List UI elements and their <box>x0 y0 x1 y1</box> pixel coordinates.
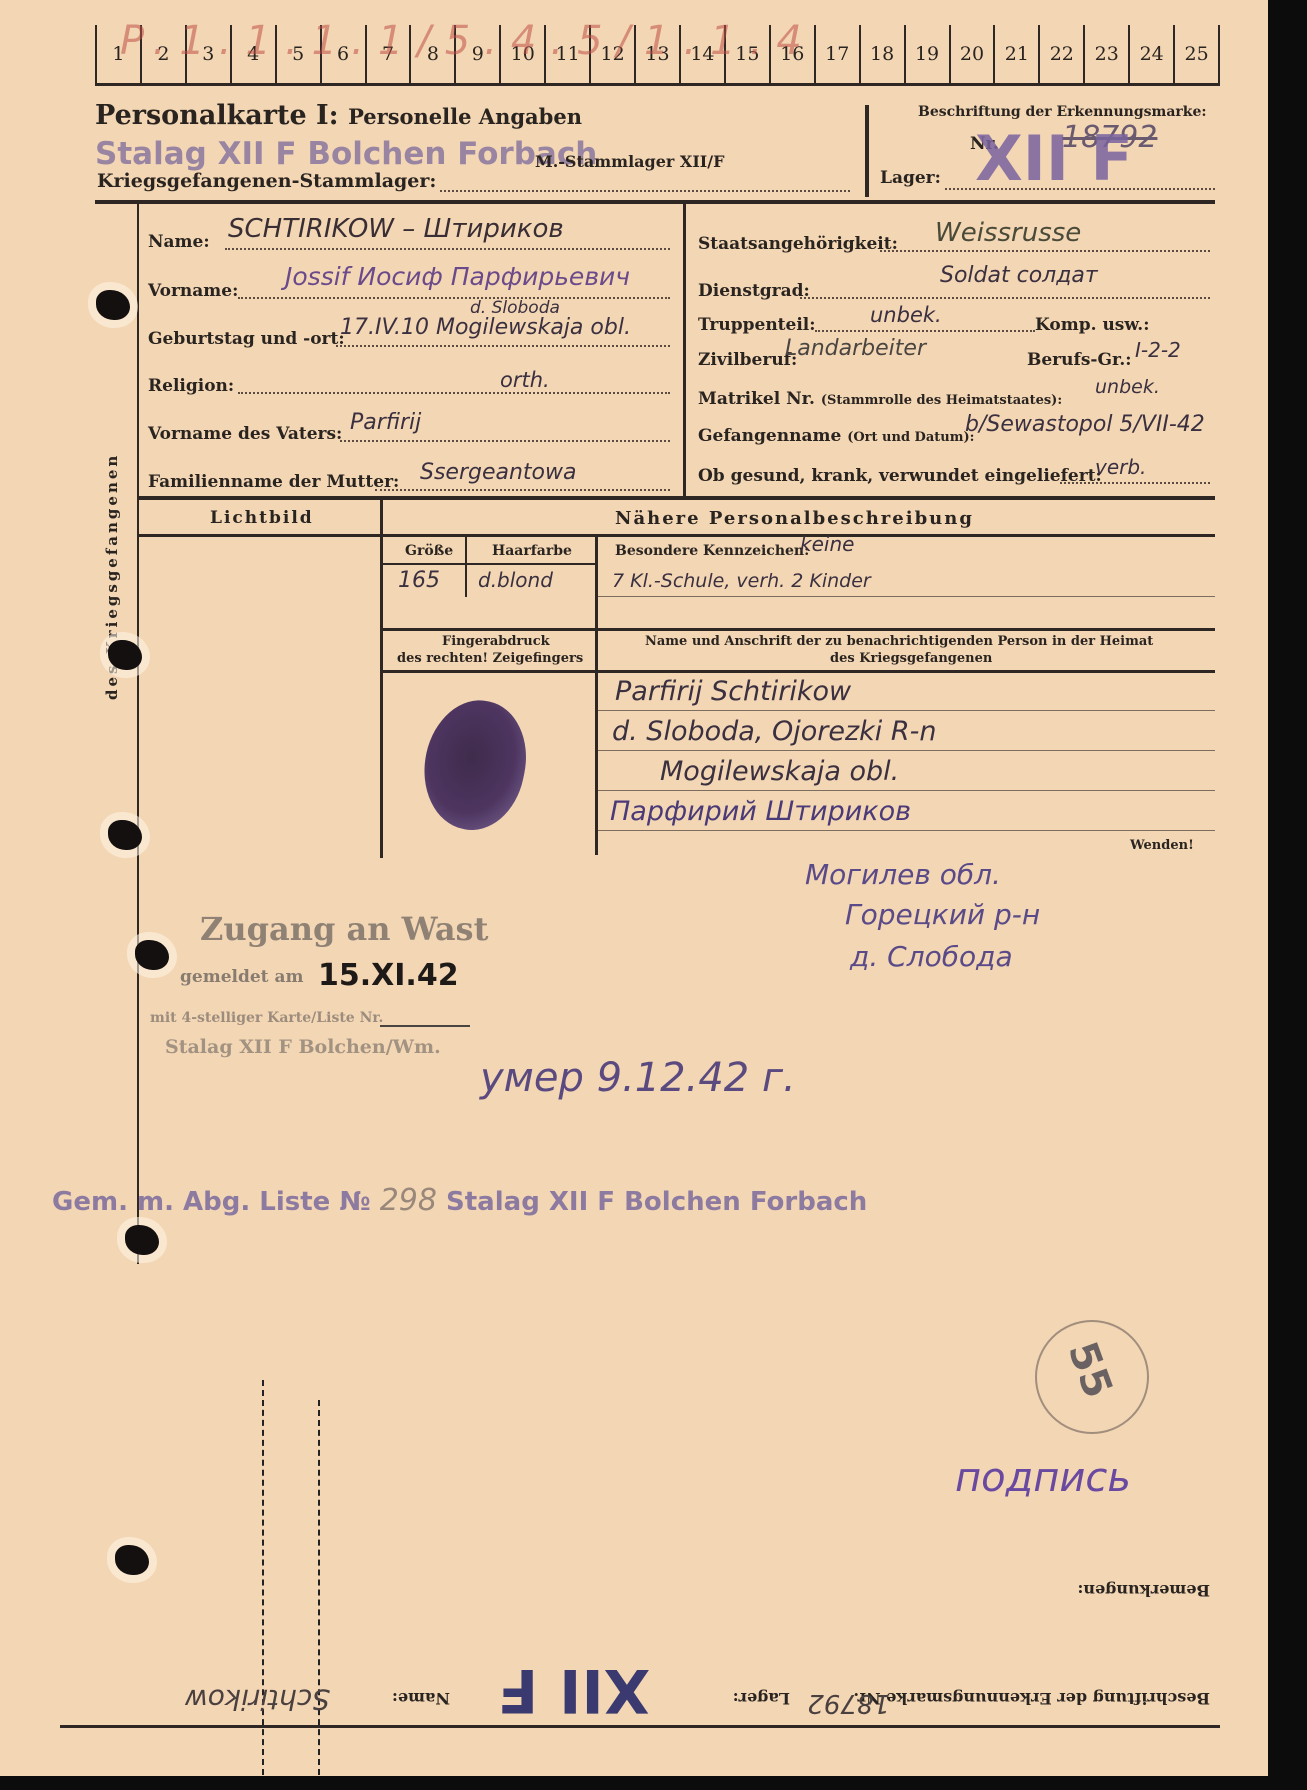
contact-rule <box>598 710 1215 711</box>
contact-line: Parfirij Schtirikow <box>615 676 851 707</box>
bottom-rule <box>60 1725 1220 1728</box>
komp-label: Komp. usw.: <box>1035 315 1150 335</box>
stalag-stamp: Stalag XII F Bolchen Forbach <box>95 136 597 172</box>
fingerprint-underline <box>383 670 1215 673</box>
name-label: Name: <box>148 232 210 252</box>
zugang-title: Zugang an Wast <box>200 910 488 948</box>
liste-suffix: Stalag XII F Bolchen Forbach <box>446 1187 867 1217</box>
russian-note-line: д. Слобода <box>850 940 1013 973</box>
geburt-label: Geburtstag und -ort: <box>148 329 345 349</box>
finger-label-2: des rechten! Zeigefingers <box>397 651 583 666</box>
description-title: Nähere Personalbeschreibung <box>615 508 974 529</box>
card-title: Personalkarte I: Personelle Angaben <box>95 100 582 131</box>
number-cell: 23 <box>1083 25 1128 83</box>
abgang-liste-stamp: Gem. m. Abg. Liste № 298 Stalag XII F Bo… <box>52 1183 867 1218</box>
truppenteil-label: Truppenteil: <box>698 315 816 335</box>
gemeldet-value: 15.XI.42 <box>318 958 459 993</box>
column-divider <box>683 204 686 496</box>
contact-rule <box>598 750 1215 751</box>
bemerkungen-label: Bemerkungen: <box>1078 1581 1211 1600</box>
groesse-label: Größe <box>405 543 453 559</box>
berufsgr-label: Berufs-Gr.: <box>1027 350 1132 370</box>
number-cell: 22 <box>1038 25 1083 83</box>
dienstgrad-dots <box>800 297 1210 299</box>
bottom-erkennung-label: Beschriftung der Erkennungsmarke Nr. <box>853 1689 1210 1708</box>
liste-number: 298 <box>380 1183 437 1218</box>
lager-stamp: XII F <box>975 122 1133 195</box>
bottom-lager-label: Lager: <box>733 1689 790 1708</box>
contact-line: Парфирий Штириков <box>610 796 911 827</box>
mutter-label: Familienname der Mutter: <box>148 472 399 492</box>
gefangen-label: Gefangenname (Ort und Datum): <box>698 426 974 446</box>
header-bottom-rule <box>95 200 1215 204</box>
religion-dots <box>238 392 670 394</box>
matrikel-note: (Stammrolle des Heimatstaates): <box>821 393 1062 408</box>
scan-edge-right <box>1268 0 1307 1790</box>
stammlager-value: M.-Stammlager XII/F <box>535 152 725 171</box>
circle-stamp: 55 <box>1035 1320 1149 1434</box>
vater-label: Vorname des Vaters: <box>148 424 342 444</box>
kennzeichen-underline <box>598 596 1215 597</box>
haarfarbe-label: Haarfarbe <box>492 543 572 559</box>
contact-label-1: Name und Anschrift der zu benachrichtige… <box>645 634 1153 649</box>
gefangen-note: (Ort und Datum): <box>847 430 974 445</box>
gefangen-label-text: Gefangenname <box>698 426 841 446</box>
subtitle-text: Personelle Angaben <box>348 104 582 129</box>
geburt-dots <box>336 345 670 347</box>
dienstgrad-label: Dienstgrad: <box>698 281 810 301</box>
stammlager-label: Kriegsgefangenen-Stammlager: <box>97 170 436 192</box>
lichtbild-underline <box>137 534 1215 537</box>
vorname-value: Jossif Иосиф Парфирьевич <box>285 262 630 291</box>
size-hair-divider <box>595 537 598 855</box>
kennzeichen-line2: 7 Kl.-Schule, verh. 2 Kinder <box>612 570 871 592</box>
lager-label: Lager: <box>880 168 941 188</box>
truppenteil-dots <box>815 330 1035 332</box>
punch-hole <box>125 1225 159 1255</box>
matrikel-value: unbek. <box>1095 376 1160 398</box>
number-cell: 24 <box>1128 25 1173 83</box>
groesse-value: 165 <box>398 568 440 593</box>
contact-line: Mogilewskaja obl. <box>660 756 899 787</box>
signature: подпись <box>955 1455 1131 1501</box>
zivilberuf-label: Zivilberuf: <box>698 350 797 370</box>
gefangen-value: b/Sewastopol 5/VII-42 <box>965 412 1205 437</box>
title-text: Personalkarte I: <box>95 100 339 131</box>
bottom-erkennung-value: 18792 <box>807 1688 890 1718</box>
contact-label-2: des Kriegsgefangenen <box>830 651 992 666</box>
mutter-value: Ssergeantowa <box>420 460 577 485</box>
religion-label: Religion: <box>148 376 234 396</box>
wenden-label: Wenden! <box>1130 838 1194 853</box>
religion-value: orth. <box>500 368 550 392</box>
scan-edge-bottom <box>0 1776 1307 1790</box>
number-cell: 20 <box>949 25 994 83</box>
berufsgr-value: I-2-2 <box>1135 338 1181 362</box>
russian-note-line: Могилев обл. <box>805 858 1001 891</box>
header-divider-vertical <box>865 105 869 197</box>
lichtbild-label: Lichtbild <box>210 508 314 528</box>
mutter-dots <box>375 489 670 491</box>
mit-line-rule <box>380 1025 470 1027</box>
name-dots <box>225 248 670 250</box>
vorname-label: Vorname: <box>148 281 238 301</box>
number-cell: 21 <box>993 25 1038 83</box>
finger-label-1: Fingerabdruck <box>442 634 550 649</box>
contact-line: d. Sloboda, Ojorezki R-n <box>612 716 936 747</box>
mit-line: mit 4-stelliger Karte/Liste Nr. <box>150 1010 383 1026</box>
pow-personnel-card: 1234567891011121314151617181920212223242… <box>0 0 1307 1790</box>
liste-prefix: Gem. m. Abg. Liste № <box>52 1187 371 1217</box>
number-cell: 18 <box>859 25 904 83</box>
gesund-value: verb. <box>1095 455 1146 479</box>
kennzeichen-label: Besondere Kennzeichen: <box>615 543 809 559</box>
geburt-value: 17.IV.10 Mogilewskaja obl. <box>340 315 631 340</box>
name-value: SCHTIRIKOW – Штириков <box>228 214 564 244</box>
vater-value: Parfirij <box>350 410 421 435</box>
lichtbild-divider <box>380 500 383 858</box>
gesund-label: Ob gesund, krank, verwundet eingeliefert… <box>698 466 1102 486</box>
stalag-line: Stalag XII F Bolchen/Wm. <box>165 1036 441 1058</box>
staat-value: Weissrusse <box>935 218 1081 248</box>
contact-rule <box>598 790 1215 791</box>
russian-note-line: Горецкий р-н <box>845 898 1040 931</box>
kennzeichen-value: keine <box>800 532 854 556</box>
fingerprint <box>413 691 538 839</box>
erkennungsmarke-label: Beschriftung der Erkennungsmarke: <box>918 104 1207 120</box>
matrikel-label-text: Matrikel Nr. <box>698 389 815 409</box>
left-margin-rule <box>137 204 139 1264</box>
staat-dots <box>880 250 1210 252</box>
circle-stamp-number: 55 <box>1059 1336 1121 1404</box>
red-scribble: P.1.1.1.1/5.4.5/1.1.4 <box>120 18 816 64</box>
punch-hole <box>135 940 169 970</box>
stammlager-dots <box>440 190 850 192</box>
haarfarbe-value: d.blond <box>478 568 553 592</box>
gesund-dots <box>1060 482 1210 484</box>
truppenteil-value: unbek. <box>870 303 942 327</box>
contact-rule <box>598 830 1215 831</box>
number-cell: 17 <box>814 25 859 83</box>
bottom-lager-stamp: XII F <box>497 1655 650 1725</box>
gemeldet-label: gemeldet am <box>180 967 303 987</box>
size-hair-underline <box>383 563 595 565</box>
section-rule <box>137 496 1215 500</box>
bottom-inverted-strip: Bemerkungen: Beschriftung der Erkennungs… <box>60 1570 1220 1720</box>
vater-dots <box>340 440 670 442</box>
bottom-name-value: Schtirikow <box>185 1683 330 1716</box>
fingerprint-rule <box>383 628 1215 631</box>
matrikel-label: Matrikel Nr. (Stammrolle des Heimatstaat… <box>698 389 1062 409</box>
death-note: умер 9.12.42 г. <box>480 1055 796 1101</box>
dienstgrad-value: Soldat солдат <box>940 263 1098 288</box>
bottom-name-label: Name: <box>392 1689 450 1708</box>
punch-hole <box>96 290 130 320</box>
staat-label: Staatsangehörigkeit: <box>698 234 898 254</box>
groesse-divider <box>465 537 467 597</box>
number-cell: 19 <box>904 25 949 83</box>
vorname-dots <box>238 297 670 299</box>
zivilberuf-value: Landarbeiter <box>785 336 926 361</box>
number-cell: 25 <box>1173 25 1220 83</box>
